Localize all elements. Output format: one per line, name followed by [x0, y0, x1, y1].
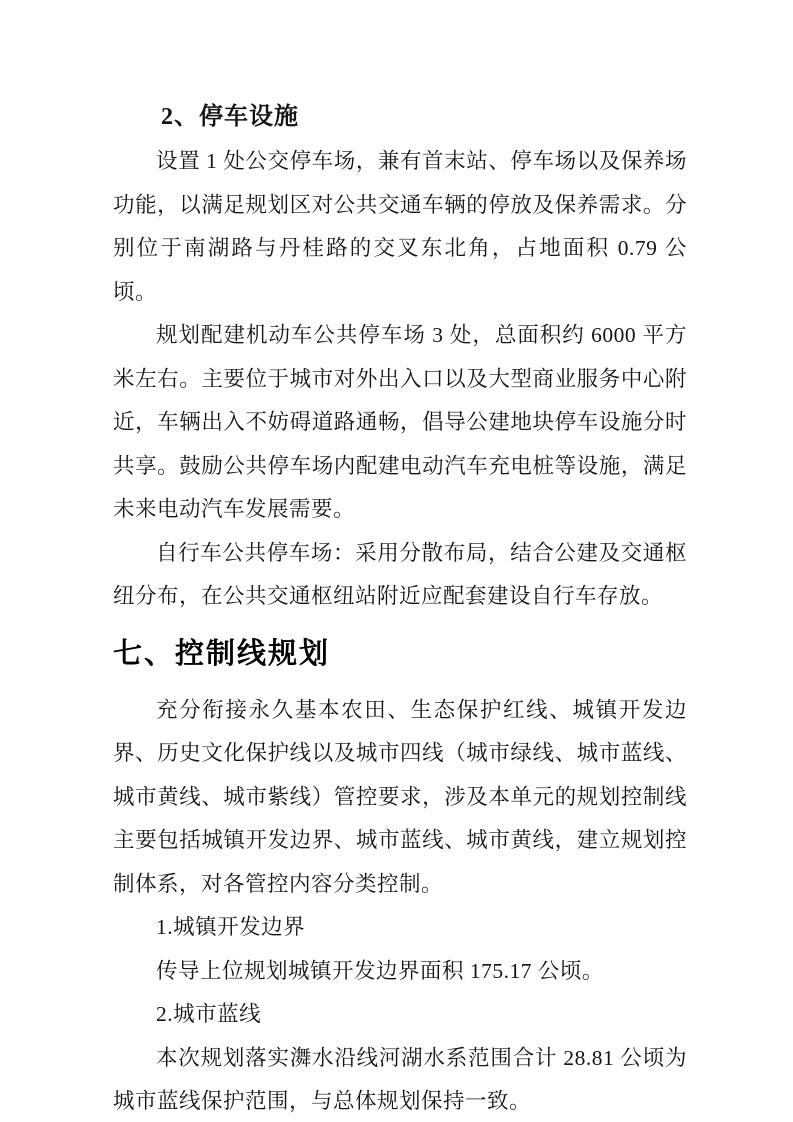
body-paragraph: 规划配建机动车公共停车场 3 处，总面积约 6000 平方米左右。主要位于城市对…	[113, 314, 687, 532]
body-paragraph: 自行车公共停车场：采用分散布局，结合公建及交通枢纽分布，在公共交通枢纽站附近应配…	[113, 532, 687, 619]
body-paragraph: 传导上位规划城镇开发边界面积 175.17 公顷。	[113, 950, 687, 994]
chapter-heading-control-line-planning: 七、控制线规划	[113, 623, 687, 685]
body-paragraph: 本次规划落实㵲水沿线河湖水系范围合计 28.81 公顷为城市蓝线保护范围，与总体…	[113, 1037, 687, 1122]
body-paragraph: 设置 1 处公交停车场，兼有首末站、停车场以及保养场功能，以满足规划区对公共交通…	[113, 140, 687, 314]
section-heading-parking-facilities: 2、停车设施	[113, 94, 687, 140]
numbered-subheading-urban-development-boundary: 1.城镇开发边界	[113, 906, 687, 950]
document-page: 2、停车设施 设置 1 处公交停车场，兼有首末站、停车场以及保养场功能，以满足规…	[0, 0, 793, 1122]
body-paragraph: 充分衔接永久基本农田、生态保护红线、城镇开发边界、历史文化保护线以及城市四线（城…	[113, 689, 687, 907]
numbered-subheading-urban-blue-line: 2.城市蓝线	[113, 993, 687, 1037]
